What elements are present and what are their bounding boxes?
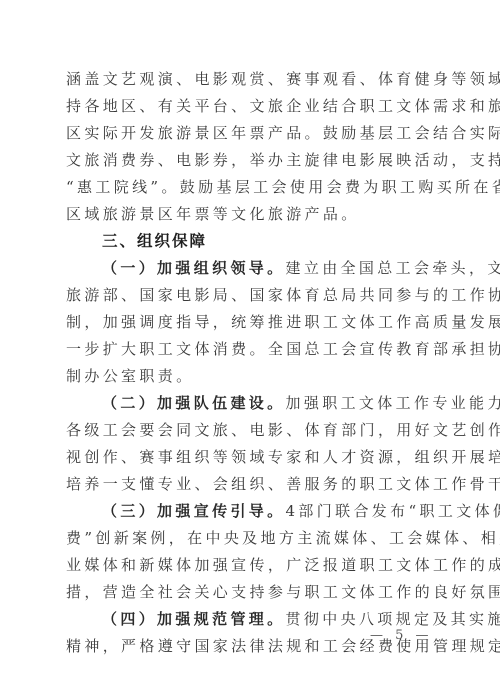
item-4-text: 贯彻中央八项规定及其实施细则: [286, 610, 500, 628]
paragraph-line: 业媒体和新媒体加强宣传，广泛报道职工文体工作的成效举: [66, 552, 436, 579]
document-page: 涵盖文艺观演、电影观赏、赛事观看、体育健身等领域。支 持各地区、有关平台、文旅企…: [66, 66, 436, 660]
paragraph-line: 旅游部、国家电影局、国家体育总局共同参与的工作协调机: [66, 282, 436, 309]
item-3-text: 4部门联合发布“职工文体促消: [286, 502, 500, 520]
paragraph-line: 各级工会要会同文旅、电影、体育部门，用好文艺创作、影: [66, 417, 436, 444]
paragraph-line: 制办公室职责。: [66, 363, 436, 390]
item-2-first-line: （二）加强队伍建设。加强职工文体工作专业能力建设，: [66, 390, 436, 417]
section-heading: 三、组织保障: [66, 228, 436, 255]
item-1-first-line: （一）加强组织领导。建立由全国总工会牵头，文化和: [66, 255, 436, 282]
paragraph-line: 视创作、赛事组织等领域专家和人才资源，组织开展培训，: [66, 444, 436, 471]
paragraph-line: 涵盖文艺观演、电影观赏、赛事观看、体育健身等领域。支: [66, 66, 436, 93]
paragraph-line: 措，营造全社会关心支持参与职工文体工作的良好氛围。: [66, 579, 436, 606]
page-number: — 5 —: [370, 628, 433, 643]
item-1-label: （一）加强组织领导。: [102, 259, 286, 277]
paragraph-line: 一步扩大职工文体消费。全国总工会宣传教育部承担协调机: [66, 336, 436, 363]
paragraph-line: 费”创新案例，在中央及地方主流媒体、工会媒体、相关行: [66, 525, 436, 552]
item-2-label: （二）加强队伍建设。: [102, 394, 286, 412]
item-3-label: （三）加强宣传引导。: [102, 502, 286, 520]
item-4-label: （四）加强规范管理。: [102, 610, 286, 628]
paragraph-line: 区域旅游景区年票等文化旅游产品。: [66, 201, 436, 228]
item-3-first-line: （三）加强宣传引导。4部门联合发布“职工文体促消: [66, 498, 436, 525]
item-1-text: 建立由全国总工会牵头，文化和: [286, 259, 500, 277]
item-2-text: 加强职工文体工作专业能力建设，: [286, 394, 500, 412]
paragraph-line: 培养一支懂专业、会组织、善服务的职工文体工作骨干队伍。: [66, 471, 436, 498]
paragraph-line: “惠工院线”。鼓励基层工会使用会费为职工购买所在省份或: [66, 174, 436, 201]
paragraph-line: 区实际开发旅游景区年票产品。鼓励基层工会结合实际发放: [66, 120, 436, 147]
paragraph-line: 文旅消费券、电影券，举办主旋律电影展映活动，支持办好: [66, 147, 436, 174]
paragraph-line: 持各地区、有关平台、文旅企业结合职工文体需求和旅游景: [66, 93, 436, 120]
paragraph-line: 制，加强调度指导，统筹推进职工文体工作高质量发展，进: [66, 309, 436, 336]
